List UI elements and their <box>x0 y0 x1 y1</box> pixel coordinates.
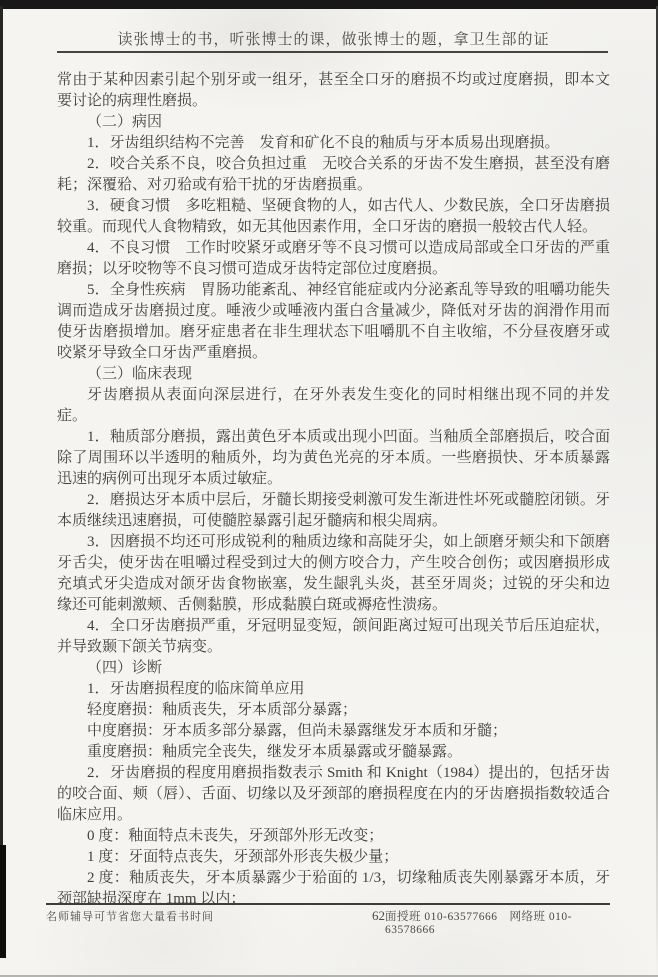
body-paragraph: 2．咬合关系不良，咬合负担过重 无咬合关系的牙齿不发生磨损，甚至没有磨耗；深覆𬌗… <box>57 154 610 196</box>
footer-contact-info: 面授班 010-63577666 网络班 010-63578666 <box>385 908 610 936</box>
body-paragraph: 0 度：釉面特点未丧失，牙颈部外形无改变； <box>57 826 610 847</box>
body-paragraph: 3．硬食习惯 多吃粗糙、坚硬食物的人，如古代人、少数民族，全口牙齿磨损较重。而现… <box>57 196 610 238</box>
page-footer: 名师辅导可节省您大量看书时间 62 面授班 010-63577666 网络班 0… <box>46 908 610 936</box>
body-paragraph: 4．全口牙齿磨损严重，牙冠明显变短，颌间距离过短可出现关节后压迫症状，并导致颞下… <box>57 616 610 658</box>
scan-edge-left <box>0 6 3 958</box>
body-paragraph: 轻度磨损：釉质丧失，牙本质部分暴露； <box>57 700 610 721</box>
page-body-text: 常由于某种因素引起个别牙或一组牙，甚至全口牙的磨损不均或过度磨损，即本文要讨论的… <box>57 70 610 910</box>
body-paragraph: 中度磨损：牙本质多部分暴露，但尚未暴露继发牙本质和牙髓； <box>57 721 610 742</box>
body-paragraph: 牙齿磨损从表面向深层进行，在牙外表发生变化的同时相继出现不同的并发症。 <box>57 385 610 427</box>
body-paragraph: 1．牙齿磨损程度的临床简单应用 <box>57 679 610 700</box>
page-number: 62 <box>372 908 385 924</box>
footer-rule <box>46 903 610 905</box>
body-paragraph: 常由于某种因素引起个别牙或一组牙，甚至全口牙的磨损不均或过度磨损，即本文要讨论的… <box>57 70 610 112</box>
body-paragraph: 重度磨损：釉质完全丧失，继发牙本质暴露或牙髓暴露。 <box>57 742 610 763</box>
body-paragraph: 4．不良习惯 工作时咬紧牙或磨牙等不良习惯可以造成局部或全口牙齿的严重磨损；以牙… <box>57 238 610 280</box>
body-paragraph: 1．釉质部分磨损，露出黄色牙本质或出现小凹面。当釉质全部磨损后，咬合面除了周围环… <box>57 427 610 490</box>
body-paragraph: 1 度：牙面特点丧失，牙颈部外形丧失极少量； <box>57 847 610 868</box>
page-header-slogan: 读张博士的书，听张博士的课，做张博士的题，拿卫生部的证 <box>57 28 610 49</box>
body-paragraph: （三）临床表现 <box>57 364 610 385</box>
body-paragraph: 2．磨损达牙本质中层后，牙髓长期接受刺激可发生渐进性坏死或髓腔闭锁。牙本质继续迅… <box>57 490 610 532</box>
body-paragraph: 3．因磨损不均还可形成锐利的釉质边缘和高陡牙尖，如上颌磨牙颊尖和下颌磨牙舌尖，使… <box>57 532 610 616</box>
scan-edge-top <box>0 0 658 9</box>
body-paragraph: （二）病因 <box>57 112 610 133</box>
body-paragraph: 5．全身性疾病 胃肠功能紊乱、神经官能症或内分泌紊乱等导致的咀嚼功能失调而造成牙… <box>57 280 610 364</box>
header-rule <box>57 51 608 53</box>
body-paragraph: 2．牙齿磨损的程度用磨损指数表示 Smith 和 Knight（1984）提出的… <box>57 763 610 826</box>
scan-edge-tab <box>0 845 6 958</box>
footer-promo-text: 名师辅导可节省您大量看书时间 <box>46 908 214 924</box>
body-paragraph: 1．牙齿组织结构不完善 发育和矿化不良的釉质与牙本质易出现磨损。 <box>57 133 610 154</box>
body-paragraph: （四）诊断 <box>57 658 610 679</box>
scanned-book-page: { "page": { "header": { "slogan": "读张博士的… <box>0 0 658 977</box>
